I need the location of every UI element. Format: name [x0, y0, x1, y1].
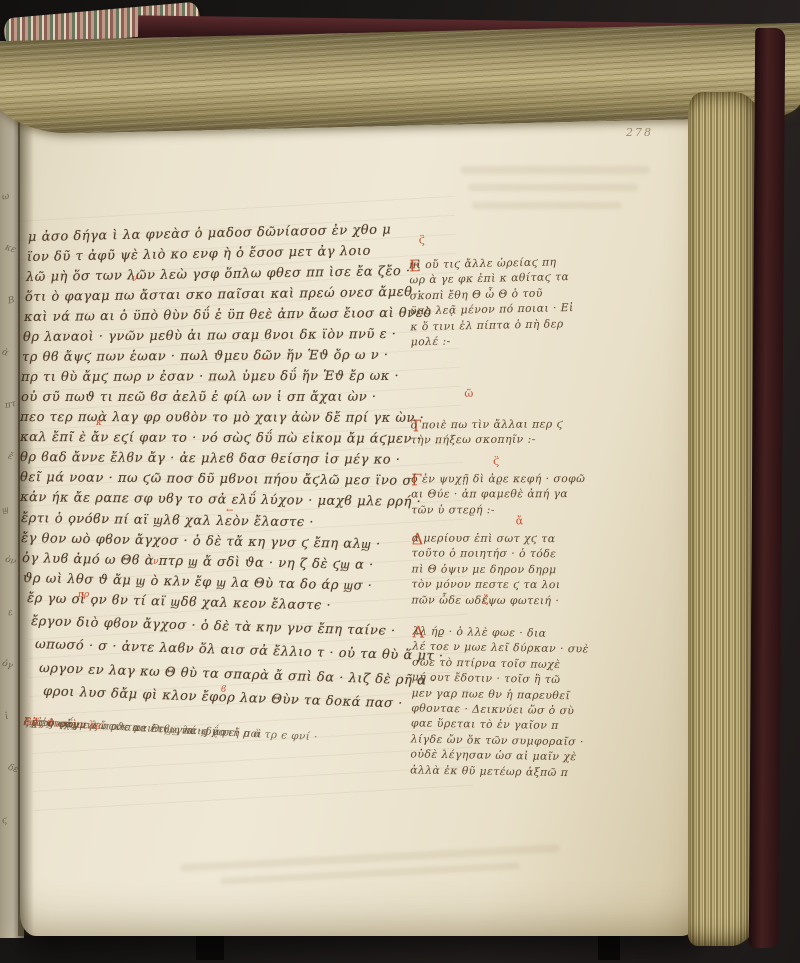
facing-page-text-fragment: ὰ [1, 347, 10, 358]
scholion-line: τὸν μόνον πεστε ϛ τα λοι [411, 577, 663, 594]
facing-page-text-fragment: ὀγ [1, 659, 14, 672]
facing-page-text-fragment: πτ [4, 399, 17, 411]
scholion-block: Επὶ οὔ τιϛ ἄλλε ὡρείαϛ πηωρ ὰ γε φκ ἐπὶ … [409, 252, 663, 350]
facing-page-text-fragment: Β [7, 295, 16, 306]
scholion-line: ἀλλὰ ἐκ θῦ μετέωρ ἀξπῶ π [410, 762, 662, 782]
facing-page-text-fragment: ἔ [7, 451, 15, 462]
rubric-interlinear-mark: κ [96, 418, 102, 428]
manuscript-page: Π 278 μ ἀσο δήγα ὶ λα φνεὰσ ὁ μαδοσ δῶνί… [20, 78, 710, 936]
scholion-block: Δα μερίουσ ἐπὶ σωτ χϛ τατοῦτο ὁ ποιητήσ … [411, 530, 663, 608]
rubric-interlinear-mark: πρ [78, 590, 89, 600]
rubric-interlinear-mark: ϐ [221, 685, 226, 695]
facing-page-text-fragment: ἰ [4, 712, 10, 723]
scholion-block: Γὁ ἐν ψυχῇ δὶ ἀϱε κεφή · σοφῶαι Θύε · ἀπ… [411, 471, 663, 518]
scholion-line: τοῦτο ὁ ποιητήσ · ὁ τόδε [412, 546, 664, 563]
rubric-section-mark: ϛ̈ [493, 454, 499, 467]
scholion-line: α μερίουσ ἐπὶ σωτ χϛ τα [412, 530, 664, 547]
rubric-interlinear-mark: ν [132, 274, 137, 284]
scholia-column: ϛ̈ῶϛ̈ἄϛ̈Επὶ οὔ τιϛ ἄλλε ὡρείαϛ πηωρ ὰ γε… [409, 227, 686, 880]
scholion-line: πῶν ὧδε ωδέψω φωτειή · [411, 592, 663, 609]
scholion-block: Αλλ ήϱ · ὁ λλὲ φωε · διαλέ τοε ν μωε λεῖ… [410, 623, 665, 781]
gutter-shadow [18, 60, 34, 936]
scholion-line: ὁ ποιὲ πω τὶν ἄλλαι περ ϛ [411, 416, 663, 433]
rubric-section-mark: ῶ [464, 387, 473, 400]
scholion-line: τῶν ὑ στεϱή :- [411, 502, 663, 518]
rubric-interlinear-mark: ← [226, 506, 234, 516]
scholion-line: τὴν πήξεω σκοπηῖν :- [411, 431, 663, 448]
scholion-line: πὶ Θ ὀψιν με δηρον δηρμ [412, 561, 664, 578]
facing-page-text-fragment: ε [7, 608, 14, 619]
back-cover [749, 28, 785, 948]
scholion-line: ὁ ἐν ψυχῇ δὶ ἀϱε κεφή · σοφῶ [411, 471, 663, 487]
top-page-edges [0, 23, 800, 135]
facing-page-text-fragment: ω [1, 191, 10, 202]
rubric-interlinear-mark: ~ [260, 354, 268, 364]
manuscript-photo: ωκεΒὰπτἔϣὸνεὀγἰδεϛ Π 278 μ ἀσο δήγα ὶ λα… [0, 0, 800, 963]
scholion-block: Τὁ ποιὲ πω τὶν ἄλλαι περ ϛτὴν πήξεω σκοπ… [411, 416, 663, 449]
facing-page-text-fragment: ὸν [4, 555, 17, 568]
facing-page-text-fragment: ϛ [1, 816, 8, 827]
scholion-line: αι Θύε · ἀπ φαμεθὲ ἀπή γα [411, 486, 663, 502]
facing-page-text-fragment: ϣ [1, 503, 10, 515]
rubric-interlinear-mark: ν [153, 557, 158, 567]
rubric-section-mark: ϛ̈ [419, 233, 425, 246]
